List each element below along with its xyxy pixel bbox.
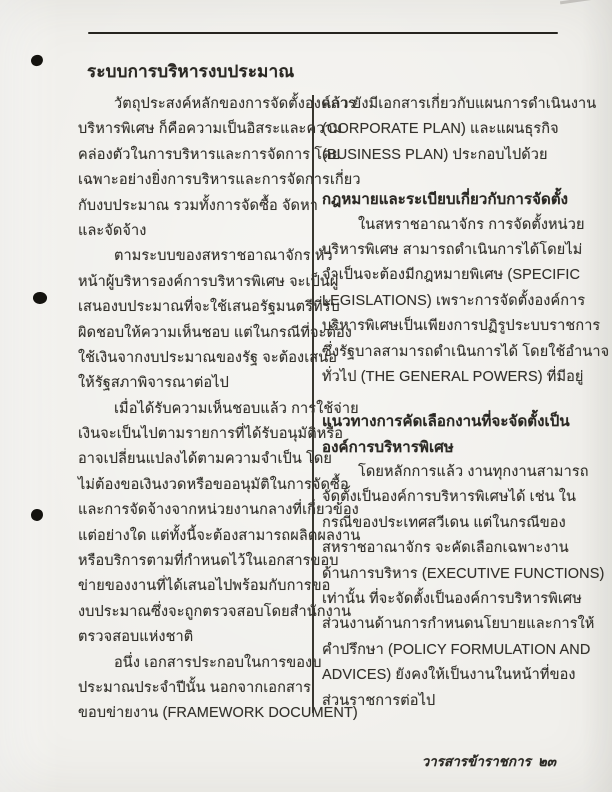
section-heading-line: องค์การบริหารพิเศษ [322,435,554,460]
text-line: บริหารพิเศษ สามารถดำเนินการได้โดยไม่ [322,238,554,263]
text-line: คำปรึกษา (POLICY FORMULATION AND [322,638,554,663]
text-line: จัดตั้งเป็นองค์การบริหารพิเศษได้ เช่น ใน [322,485,554,510]
text-line: ตรวจสอบแห่งชาติ [78,625,310,650]
text-line: เฉพาะอย่างยิ่งการบริหารและการจัดการเกี่ย… [78,168,310,193]
scanned-document-page: ระบบการบริหารงบประมาณ วัตถุประสงค์หลักขอ… [0,0,612,792]
text-line: บริหารพิเศษ ก็คือความเป็นอิสระและความ [78,117,310,142]
text-line: ด้านการบริหาร (EXECUTIVE FUNCTIONS) [322,562,554,587]
text-line: สหราชอาณาจักร จะคัดเลือกเฉพาะงาน [322,536,554,561]
text-line: หน้าผู้บริหารองค์การบริหารพิเศษ จะเป็นผู… [78,270,310,295]
text-line: กับงบประมาณ รวมทั้งการจัดซื้อ จัดหา [78,194,310,219]
text-line: แต่อย่างใด แต่ทั้งนี้จะต้องสามารถผลิตผลง… [78,524,310,549]
text-line: และการจัดจ้างจากหน่วยงานกลางที่เกี่ยวข้อ… [78,498,310,523]
text-line: ประมาณประจำปีนั้น นอกจากเอกสาร [78,676,310,701]
text-line: เสนองบประมาณที่จะใช้เสนอรัฐมนตรีที่รับ [78,295,310,320]
text-line: คล่องตัวในการบริหารและการจัดการ โดย [78,143,310,168]
text-line: ตามระบบของสหราชอาณาจักร หัว [78,244,310,269]
left-text-column: วัตถุประสงค์หลักของการจัดตั้งองค์การบริห… [78,92,310,727]
text-line: ADVICES) ยังคงให้เป็นงานในหน้าที่ของ [322,663,554,688]
text-line: งบประมาณซึ่งจะถูกตรวจสอบโดยสำนักงาน [78,600,310,625]
text-line: กรณีของประเทศสวีเดน แต่ในกรณีของ [322,511,554,536]
text-line: โดยหลักการแล้ว งานทุกงานสามารถ [322,460,554,485]
section-heading-line: กฎหมายและระเบียบเกี่ยวกับการจัดตั้ง [322,187,554,212]
text-line: บริหารพิเศษเป็นเพียงการปฏิรูประบบราชการ [322,314,554,339]
text-line: หรือบริการตามที่กำหนดไว้ในเอกสารขอบ [78,549,310,574]
text-line: (BUSINESS PLAN) ประกอบไปด้วย [322,143,554,168]
ink-dot-top [30,54,44,68]
text-line: ให้รัฐสภาพิจารณาต่อไป [78,371,310,396]
text-line: ไม่ต้องขอเงินงวดหรือขออนุมัติในการจัดซื้… [78,473,310,498]
scan-artifact-corner [560,0,594,4]
text-line: เท่านั้น ที่จะจัดตั้งเป็นองค์การบริหารพิ… [322,587,554,612]
text-line: และจัดจ้าง [78,219,310,244]
right-text-column: แล้ว ยังมีเอกสารเกี่ยวกับแผนการดำเนินงาน… [322,92,554,714]
footer-page-number: ๒๓ [538,754,556,769]
text-line: วัตถุประสงค์หลักของการจัดตั้งองค์การ [78,92,310,117]
text-line: เงินจะเป็นไปตามรายการที่ได้รับอนุมัติหรื… [78,422,310,447]
page-title: ระบบการบริหารงบประมาณ [87,58,294,85]
text-line: ส่วนงานด้านการกำหนดนโยบายและการให้ [322,612,554,637]
text-line: แล้ว ยังมีเอกสารเกี่ยวกับแผนการดำเนินงาน [322,92,554,117]
footer-journal-name: วารสารข้าราชการ [422,754,531,769]
text-line: อนึ่ง เอกสารประกอบในการของบ [78,651,310,676]
text-line: LEGISLATIONS) เพราะการจัดตั้งองค์การ [322,289,554,314]
column-divider-rule [312,95,314,713]
ink-dot-middle [32,291,48,305]
text-line: ผิดชอบให้ความเห็นชอบ แต่ในกรณีที่จะต้อง [78,321,310,346]
text-line: ส่วนราชการต่อไป [322,689,554,714]
text-line: ในสหราชอาณาจักร การจัดตั้งหน่วย [322,213,554,238]
text-line: ทั่วไป (THE GENERAL POWERS) ที่มีอยู่ [322,365,554,390]
text-line: ข่ายของงานที่ได้เสนอไปพร้อมกับการขอ [78,574,310,599]
header-rule [88,32,558,34]
text-line: จำเป็นจะต้องมีกฎหมายพิเศษ (SPECIFIC [322,263,554,288]
text-line: ใช้เงินจากงบประมาณของรัฐ จะต้องเสนอ [78,346,310,371]
text-line: ซึ่งรัฐบาลสามารถดำเนินการได้ โดยใช้อำนาจ [322,340,554,365]
text-line: ขอบข่ายงาน (FRAMEWORK DOCUMENT) [78,701,310,726]
text-line: (CORPORATE PLAN) และแผนธุรกิจ [322,117,554,142]
ink-dot-bottom [30,508,43,521]
text-line: เมื่อได้รับความเห็นชอบแล้ว การใช้จ่าย [78,397,310,422]
page-footer: วารสารข้าราชการ๒๓ [422,750,556,772]
section-heading-line: แนวทางการคัดเลือกงานที่จะจัดตั้งเป็น [322,409,554,434]
text-line: อาจเปลี่ยนแปลงได้ตามความจำเป็น โดย [78,447,310,472]
